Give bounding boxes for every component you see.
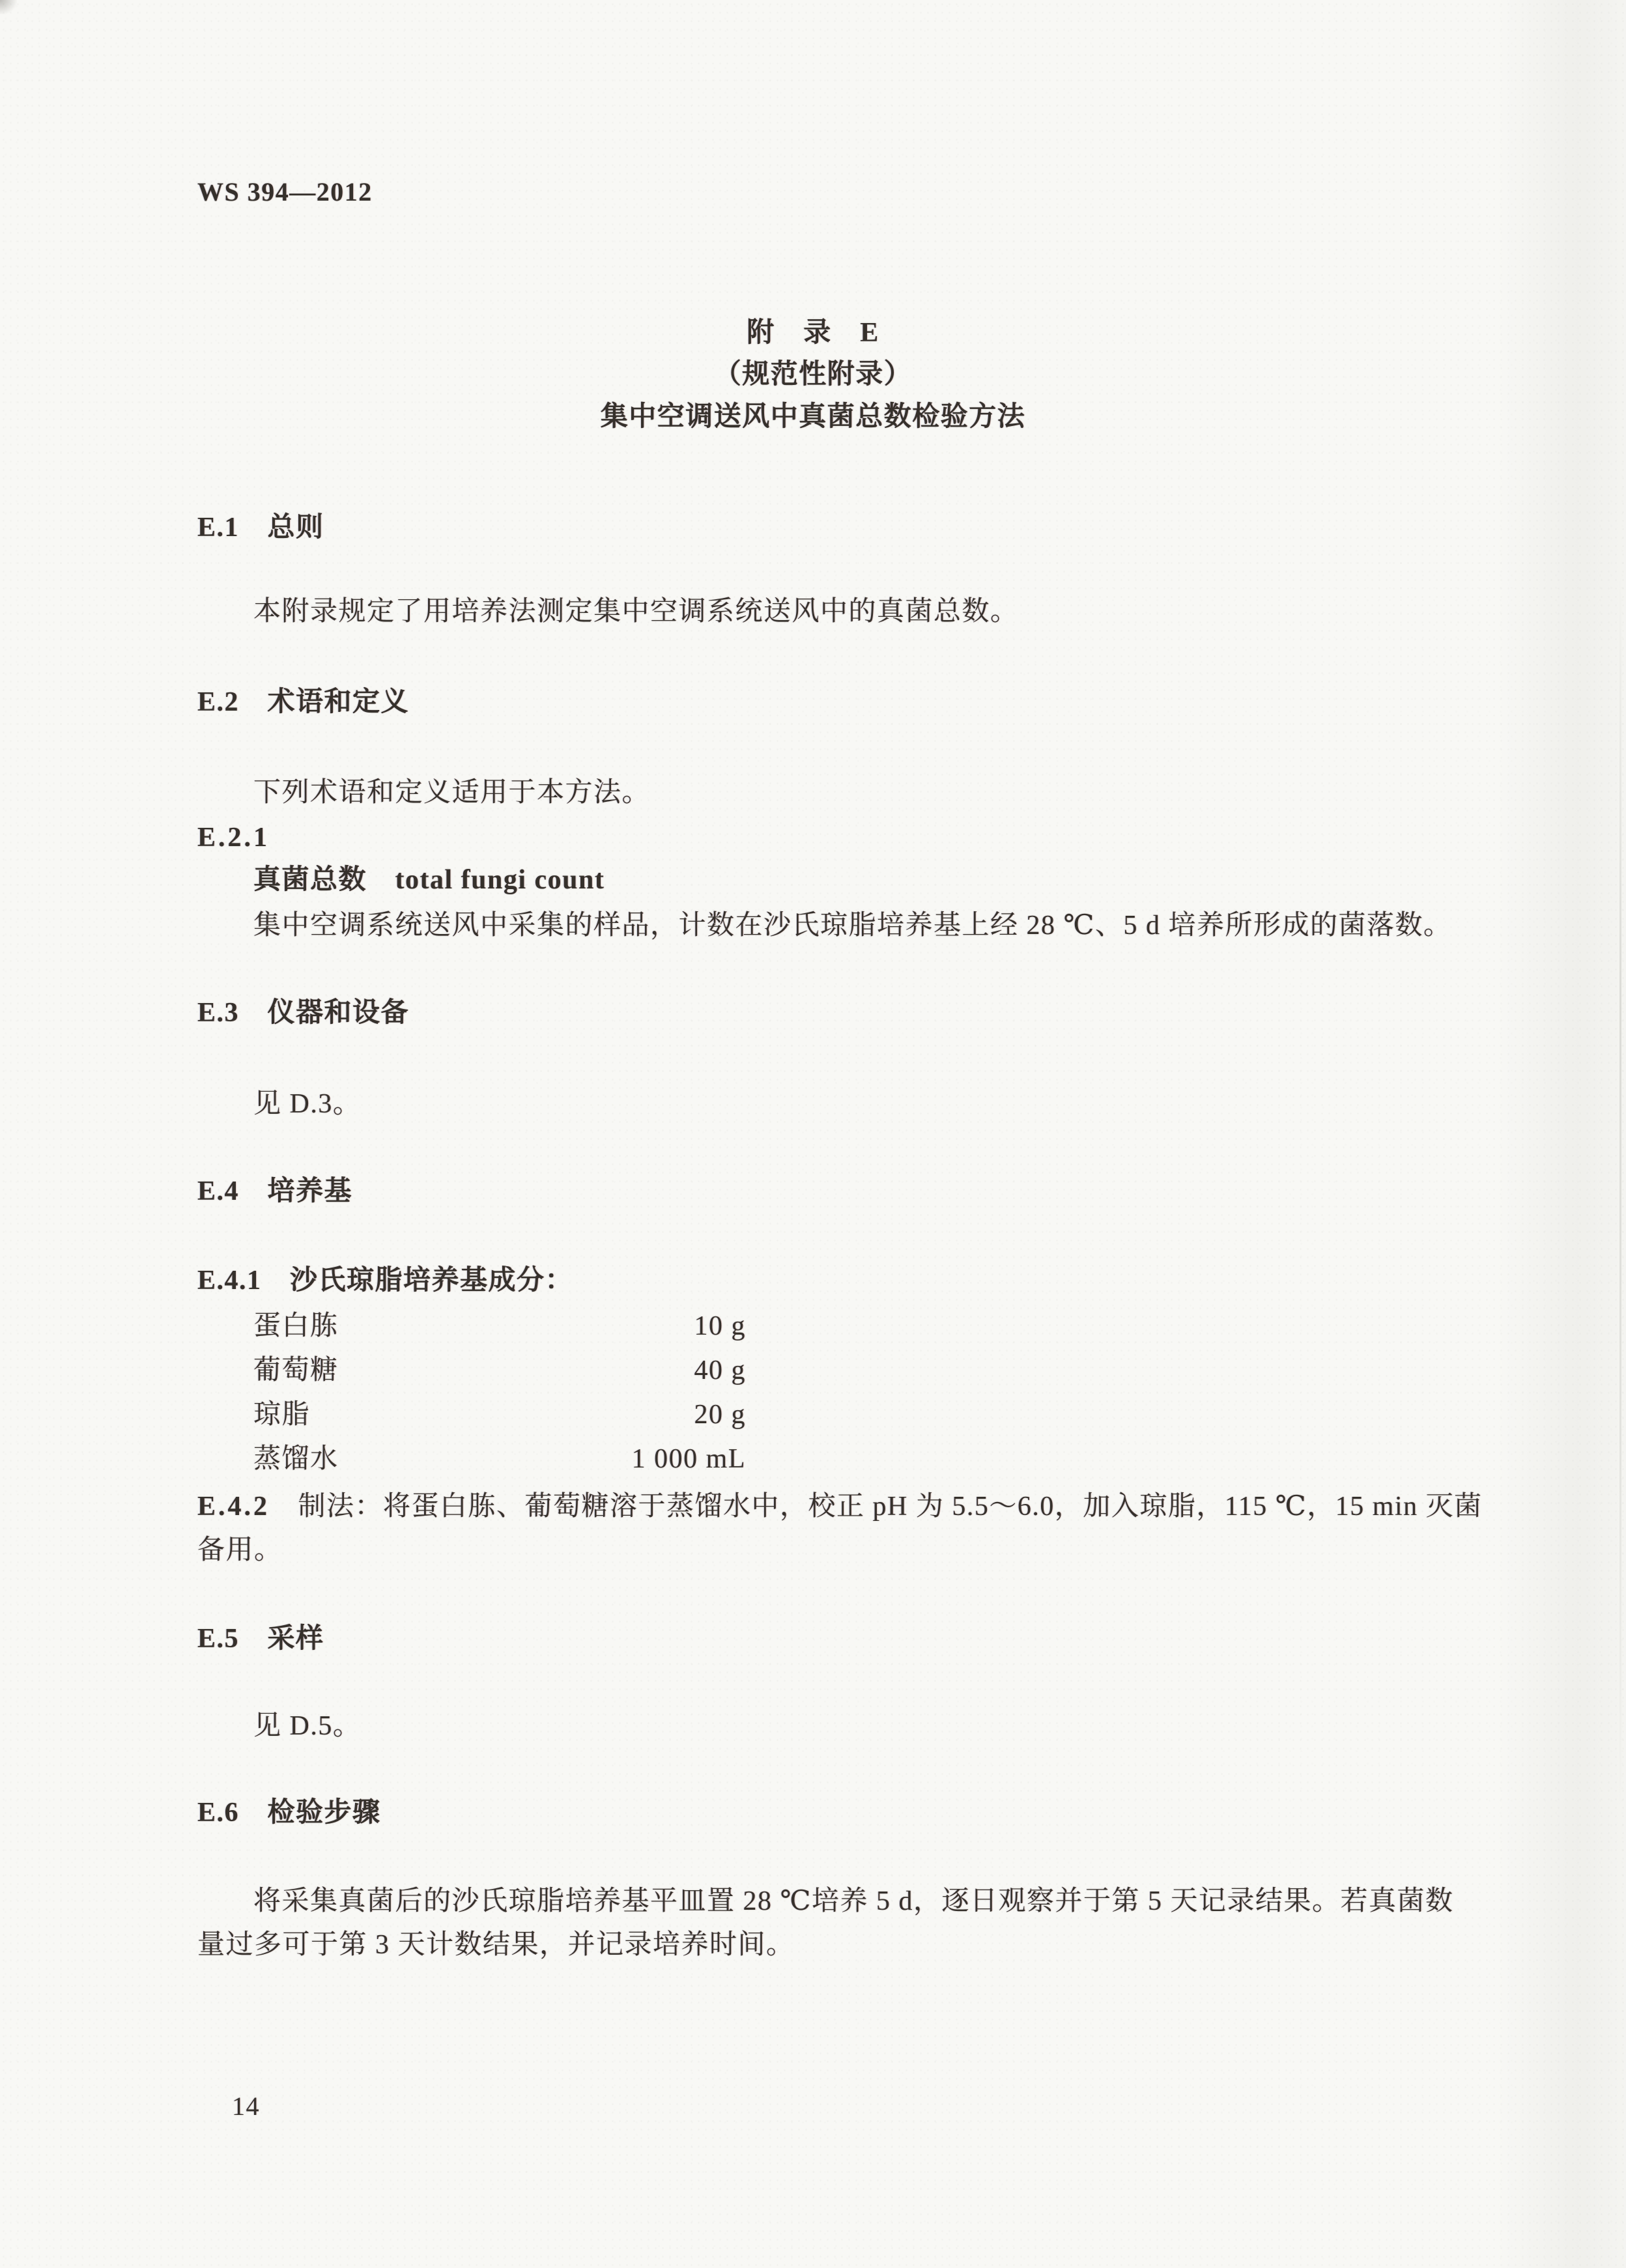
- scan-edge-artifact: [1619, 573, 1621, 1811]
- clause-e41-heading: E.4.1 沙氏琼脂培养基成分：: [197, 1265, 573, 1296]
- scan-corner-artifact: [0, 0, 17, 14]
- section-e2-heading: E.2 术语和定义: [197, 687, 409, 718]
- ingredient-amount: 10 g: [554, 1311, 746, 1342]
- page-number: 14: [232, 2091, 260, 2121]
- clause-e21-term: 真菌总数 total fungi count: [253, 864, 605, 896]
- clause-e42: E.4.2 制法：将蛋白胨、葡萄糖溶于蒸馏水中，校正 pH 为 5.5～6.0，…: [197, 1491, 1483, 1522]
- ingredient-name: 琼脂: [253, 1399, 310, 1430]
- section-e2-intro: 下列术语和定义适用于本方法。: [253, 777, 650, 808]
- clause-e42-text: 制法：将蛋白胨、葡萄糖溶于蒸馏水中，校正 pH 为 5.5～6.0，加入琼脂，1…: [270, 1492, 1483, 1522]
- clause-e42-continuation: 备用。: [197, 1535, 283, 1566]
- section-e3-heading: E.3 仪器和设备: [197, 997, 409, 1028]
- document-page: WS 394—2012 附 录 E （规范性附录） 集中空调送风中真菌总数检验方…: [0, 0, 1626, 2268]
- clause-e42-number: E.4.2: [197, 1492, 270, 1522]
- ingredient-amount: 40 g: [554, 1355, 746, 1386]
- ingredient-amount: 1 000 mL: [554, 1443, 746, 1475]
- ingredient-name: 葡萄糖: [253, 1355, 339, 1386]
- section-e5-body: 见 D.5。: [253, 1710, 361, 1742]
- appendix-label: 附 录 E: [0, 317, 1626, 348]
- section-e4-heading: E.4 培养基: [197, 1176, 352, 1207]
- ingredient-name: 蛋白胨: [253, 1311, 339, 1342]
- appendix-normative-note: （规范性附录）: [0, 359, 1626, 390]
- section-e3-body: 见 D.3。: [253, 1088, 361, 1120]
- section-e6-body-line2: 量过多可于第 3 天计数结果，并记录培养时间。: [197, 1929, 795, 1961]
- section-e5-heading: E.5 采样: [197, 1623, 324, 1654]
- standard-number: WS 394—2012: [197, 177, 373, 207]
- ingredient-name: 蒸馏水: [253, 1443, 339, 1475]
- section-e1-heading: E.1 总则: [197, 512, 324, 543]
- section-e1-body: 本附录规定了用培养法测定集中空调系统送风中的真菌总数。: [253, 596, 1019, 627]
- section-e6-body-line1: 将采集真菌后的沙氏琼脂培养基平皿置 28 ℃培养 5 d，逐日观察并于第 5 天…: [253, 1886, 1454, 1917]
- section-e6-heading: E.6 检验步骤: [197, 1797, 381, 1828]
- clause-e21-number: E.2.1: [197, 822, 270, 853]
- ingredient-amount: 20 g: [554, 1399, 746, 1430]
- appendix-title: 集中空调送风中真菌总数检验方法: [0, 401, 1626, 432]
- clause-e21-definition: 集中空调系统送风中采集的样品，计数在沙氏琼脂培养基上经 28 ℃、5 d 培养所…: [253, 910, 1452, 941]
